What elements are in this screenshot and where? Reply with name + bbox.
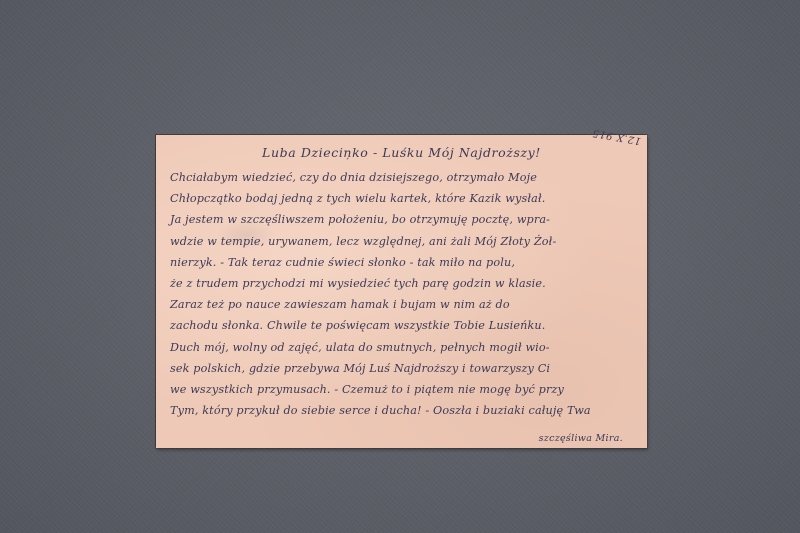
body-line: Duch mój, wolny od zajęć, ulata do smutn… [170,337,639,358]
body-line: że z trudem przychodzi mi wysiedzieć tyc… [170,273,639,294]
body-line: we wszystkich przymusach. - Czemuż to i … [170,379,639,400]
body-line: Chłopczątko bodaj jedną z tych wielu kar… [170,188,639,209]
body-line: Tym, który przykuł do siebie serce i duc… [170,400,639,421]
postcard: 12.X.915 Luba Dzieciņko - Luśku Mój Najd… [156,135,647,448]
signature: szczęśliwa Mira. [539,433,623,444]
postcard-date: 12.X.915 [591,127,641,146]
body-line: Ja jestem w szczęśliwszem położeniu, bo … [170,209,639,230]
handwritten-body: Chciałabym wiedzieć, czy do dnia dzisiej… [170,167,639,421]
body-line: zachodu słonka. Chwile te poświęcam wszy… [170,315,639,336]
body-line: wdzie w tempie, urywanem, lecz względnej… [170,231,639,252]
greeting-line: Luba Dzieciņko - Luśku Mój Najdroższy! [156,145,647,160]
body-line: Chciałabym wiedzieć, czy do dnia dzisiej… [170,167,639,188]
body-line: Zaraz też po nauce zawieszam hamak i buj… [170,294,639,315]
body-line: sek polskich, gdzie przebywa Mój Luś Naj… [170,358,639,379]
body-line: nierzyk. - Tak teraz cudnie świeci słonk… [170,252,639,273]
